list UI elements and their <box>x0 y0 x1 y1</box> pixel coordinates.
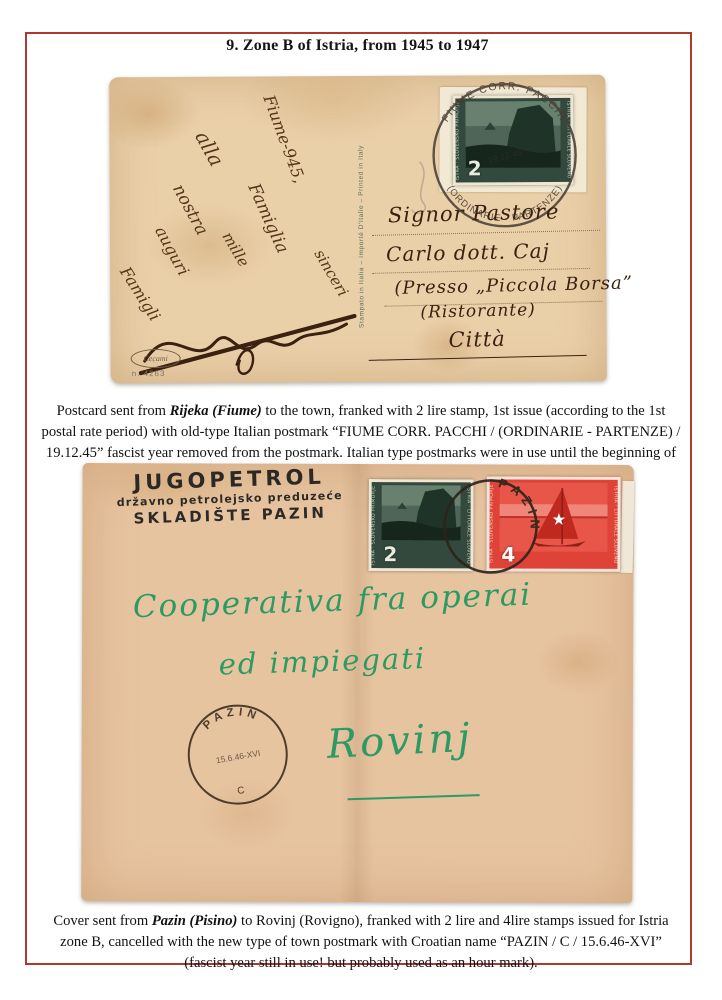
destination-underline <box>348 794 480 800</box>
exhibit-page: 9. Zone B of Istria, from 1945 to 1947 F… <box>0 0 722 1000</box>
address-line: (Ristorante) <box>420 300 536 323</box>
postcard-scan: Fiume-945, alla nostra Famiglia auguri m… <box>109 75 607 384</box>
postmark-date: 15.6.46-XVI <box>215 748 261 765</box>
handwritten-word: auguri <box>151 223 193 279</box>
stamp-inscription-right: ISTRIA · LITTORALE SLOVENO <box>607 482 617 567</box>
addressee-script-line: ed impiegati <box>218 641 426 682</box>
page-title: 9. Zone B of Istria, from 1945 to 1947 <box>25 37 690 55</box>
address-line: (Presso „Piccola Borsa” <box>394 272 633 298</box>
cover-caption: Cover sent from Pazin (Pisino) to Rovinj… <box>38 911 684 974</box>
address-line: Signor Pastore <box>388 199 560 227</box>
stamp-value: 2 <box>383 542 397 566</box>
publisher-number: n. 4263 <box>132 369 166 378</box>
postmark-letter: C <box>237 785 246 797</box>
company-handstamp: JUGOPETROL državno petrolejsko preduzeće… <box>98 463 362 528</box>
address-line: Città <box>448 327 506 352</box>
handwritten-word: mille <box>218 229 252 270</box>
cover-scan: JUGOPETROL državno petrolejsko preduzeće… <box>81 463 634 903</box>
handwritten-word: nostra <box>168 181 212 239</box>
postmark-date: 19.12.45 <box>487 147 523 165</box>
handwritten-word: Famiglia <box>244 181 293 257</box>
postmark-pazin: PAZIN 15.6.46-XVI C <box>174 691 301 818</box>
stamp-inscription-left: ISTRA · SLOVENSKO PRIMORJE <box>371 484 381 566</box>
handwritten-word: alla <box>190 127 229 171</box>
stamp-sheet-margin <box>621 481 635 573</box>
address-line: Carlo dott. Caj <box>386 239 550 267</box>
address-ruled-line <box>372 268 590 274</box>
signature-flourish <box>138 288 363 384</box>
address-underline <box>369 355 587 361</box>
destination-script: Rovinj <box>326 715 474 768</box>
caption-text: Postcard sent from <box>57 403 170 419</box>
handwritten-date-note: Fiume-945, <box>259 92 309 185</box>
caption-emphasis: Rijeka (Fiume) <box>170 403 262 419</box>
caption-text: Cover sent from <box>53 913 152 929</box>
caption-emphasis: Pazin (Pisino) <box>152 913 238 929</box>
addressee-script-line: Cooperativa fra operai <box>132 577 532 626</box>
